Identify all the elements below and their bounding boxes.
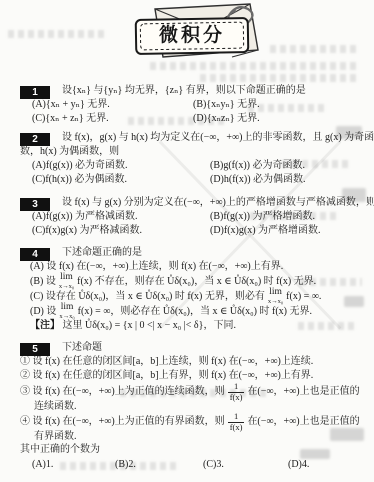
problem-3-options-row: (C)f(x)g(x) 为严格减函数. (D)f(x)g(x) 为严格增函数. (20, 224, 364, 238)
limit-operator: lim (61, 303, 74, 313)
problem-2-option-c: (C)f(h(x)) 必为偶函数. (32, 173, 210, 187)
fraction-notation: 1 f(x) (228, 412, 245, 431)
problem-5-answer-c: (C)3. (203, 458, 288, 472)
problem-1-stem-line: 1设{xₙ} 与{yₙ} 均无界，{zₙ} 有界，则以下命题正确的是 (20, 84, 364, 98)
fraction-notation: 1 f(x) (228, 382, 245, 401)
problem-4-note: 【注】 这里 Ůδ(x₀) = {x | 0 <| x − x₀ |< δ}，下… (20, 319, 364, 333)
item-4-text-post: 在(−∞，+∞)上也是正值的 (247, 415, 359, 429)
problem-2-option-b: (B)g(f(x)) 必为奇函数. (210, 159, 305, 173)
problem-5-answer-d: (D)4. (288, 458, 309, 472)
chapter-header: 微积分 (0, 0, 374, 66)
problems-list: 1设{xₙ} 与{yₙ} 均无界，{zₙ} 有界，则以下命题正确的是 (A){x… (20, 84, 364, 472)
problem-2-stem-line: 2设 f(x)，g(x) 与 h(x) 均为定义在(−∞，+∞)上的非零函数，且… (20, 131, 364, 145)
problem-4-stem: 下述命题正确的是 (62, 247, 142, 258)
problem-4-option-b: (B) 设 lim x→x₀ f(x) 不存在，则存在 Ůδ(x₀)，当 x ∈… (20, 274, 364, 289)
problem-5-stem: 下述命题 (62, 342, 102, 353)
problem-4-option-d: (D) 设 lim x→x₀ f(x) = ∞，则必存在 Ůδ(x₀)，当 x … (20, 304, 364, 319)
problem-2-options-row: (A)f(g(x)) 必为奇函数. (B)g(f(x)) 必为奇函数. (20, 159, 364, 173)
scan-noise (200, 74, 360, 82)
item-3-text-pre: ③ 设 f(x) 在(−∞，+∞)上为正值的连续函数，则 (20, 385, 225, 399)
problem-5-question: 其中正确的个数为 (20, 443, 364, 457)
fraction-denominator: f(x) (228, 422, 245, 432)
problem-2-option-a: (A)f(g(x)) 必为奇函数. (32, 159, 210, 173)
fraction-numerator: 1 (232, 412, 240, 421)
limit-operator: lim (60, 273, 73, 283)
problem-5-answer-a: (A)1. (32, 458, 115, 472)
item-4-text-pre: ④ 设 f(x) 在(−∞，+∞)上为正值的有界函数，则 (20, 415, 225, 429)
problem-2-stem-part2: 数，h(x) 为偶函数，则 (20, 145, 364, 159)
chapter-title: 微积分 (136, 19, 248, 52)
problem-2-options-row: (C)f(h(x)) 必为偶函数. (D)h(f(x)) 必为偶函数. (20, 173, 364, 187)
problem-1-option-c: (C){xₙ + zₙ} 无界. (32, 112, 193, 126)
problem-5-item-2: ② 设 f(x) 在任意的闭区间[a，b]上有界，则 f(x) 在(−∞，+∞)… (20, 369, 364, 383)
problem-3-stem-line: 3设 f(x) 与 g(x) 分别为定义在(−∞，+∞)上的严格增函数与严格减函… (20, 196, 364, 210)
problem-1: 1设{xₙ} 与{yₙ} 均无界，{zₙ} 有界，则以下命题正确的是 (A){x… (20, 84, 364, 126)
problem-4-stem-line: 4下述命题正确的是 (20, 246, 364, 260)
problem-1-option-b: (B){xₙyₙ} 无界. (193, 98, 260, 112)
option-d-text-pre: (D) 设 (30, 305, 56, 319)
textbook-page: 微积分 1设{xₙ} 与{yₙ} 均无界，{zₙ} 有界，则以下命题正确的是 (… (0, 0, 374, 482)
problem-1-options-row: (A){xₙ + yₙ} 无界. (B){xₙyₙ} 无界. (20, 98, 364, 112)
problem-5-stem-line: 5下述命题 (20, 341, 364, 355)
problem-3-option-a: (A)f(g(x)) 为严格减函数. (32, 210, 210, 224)
option-d-text-post: f(x) = ∞，则必存在 Ůδ(x₀)，当 x ∈ Ůδ(x₀) 时 f(x)… (78, 305, 312, 319)
problem-5-item-1: ① 设 f(x) 在任意的闭区间[a，b]上连续，则 f(x) 在(−∞，+∞)… (20, 355, 364, 369)
problem-3-option-b: (B)f(g(x)) 为严格增函数. (210, 210, 315, 224)
problem-5-item-4-continued: 有界函数. (20, 430, 364, 443)
option-c-text-post: f(x) = ∞. (286, 290, 321, 304)
problem-4: 4下述命题正确的是 (A) 设 f(x) 在(−∞，+∞)上连续，则 f(x) … (20, 246, 364, 333)
note-label: 【注】 (30, 320, 60, 331)
limit-notation: lim x→x₀ (268, 288, 283, 305)
problem-3-options-row: (A)f(g(x)) 为严格减函数. (B)f(g(x)) 为严格增函数. (20, 210, 364, 224)
fraction-numerator: 1 (232, 382, 240, 391)
problem-2: 2设 f(x)，g(x) 与 h(x) 均为定义在(−∞，+∞)上的非零函数，且… (20, 131, 364, 187)
problem-5-item-4: ④ 设 f(x) 在(−∞，+∞)上为正值的有界函数，则 1 f(x) 在(−∞… (20, 413, 364, 430)
problem-2-option-d: (D)h(f(x)) 必为偶函数. (210, 173, 306, 187)
problem-5-answer-b: (B)2. (115, 458, 203, 472)
problem-5-answers-row: (A)1. (B)2. (C)3. (D)4. (20, 458, 364, 472)
problem-3: 3设 f(x) 与 g(x) 分别为定义在(−∞，+∞)上的严格增函数与严格减函… (20, 196, 364, 238)
problem-1-stem: 设{xₙ} 与{yₙ} 均无界，{zₙ} 有界，则以下命题正确的是 (62, 85, 306, 96)
fraction-denominator: f(x) (228, 392, 245, 402)
problem-1-option-a: (A){xₙ + yₙ} 无界. (32, 98, 193, 112)
problem-3-stem: 设 f(x) 与 g(x) 分别为定义在(−∞，+∞)上的严格增函数与严格减函数… (62, 197, 374, 208)
problem-5: 5下述命题 ① 设 f(x) 在任意的闭区间[a，b]上连续，则 f(x) 在(… (20, 341, 364, 472)
problem-1-option-d: (D){xₙzₙ} 无界. (193, 112, 260, 126)
problem-1-options-row: (C){xₙ + zₙ} 无界. (D){xₙzₙ} 无界. (20, 112, 364, 126)
problem-5-item-3-continued: 连续函数. (20, 400, 364, 413)
item-3-text-post: 在(−∞，+∞)上也是正值的 (247, 385, 359, 399)
problem-2-stem-part1: 设 f(x)，g(x) 与 h(x) 均为定义在(−∞，+∞)上的非零函数，且 … (62, 132, 374, 143)
problem-3-option-d: (D)f(x)g(x) 为严格增函数. (210, 224, 321, 238)
limit-operator: lim (269, 288, 282, 298)
limit-notation: lim x→x₀ (59, 273, 74, 290)
problem-3-option-c: (C)f(x)g(x) 为严格减函数. (32, 224, 210, 238)
option-b-text-pre: (B) 设 (30, 275, 56, 289)
limit-notation: lim x→x₀ (59, 303, 74, 320)
problem-5-item-3: ③ 设 f(x) 在(−∞，+∞)上为正值的连续函数，则 1 f(x) 在(−∞… (20, 383, 364, 400)
note-text: 这里 Ůδ(x₀) = {x | 0 <| x − x₀ |< δ}，下同. (63, 320, 236, 331)
